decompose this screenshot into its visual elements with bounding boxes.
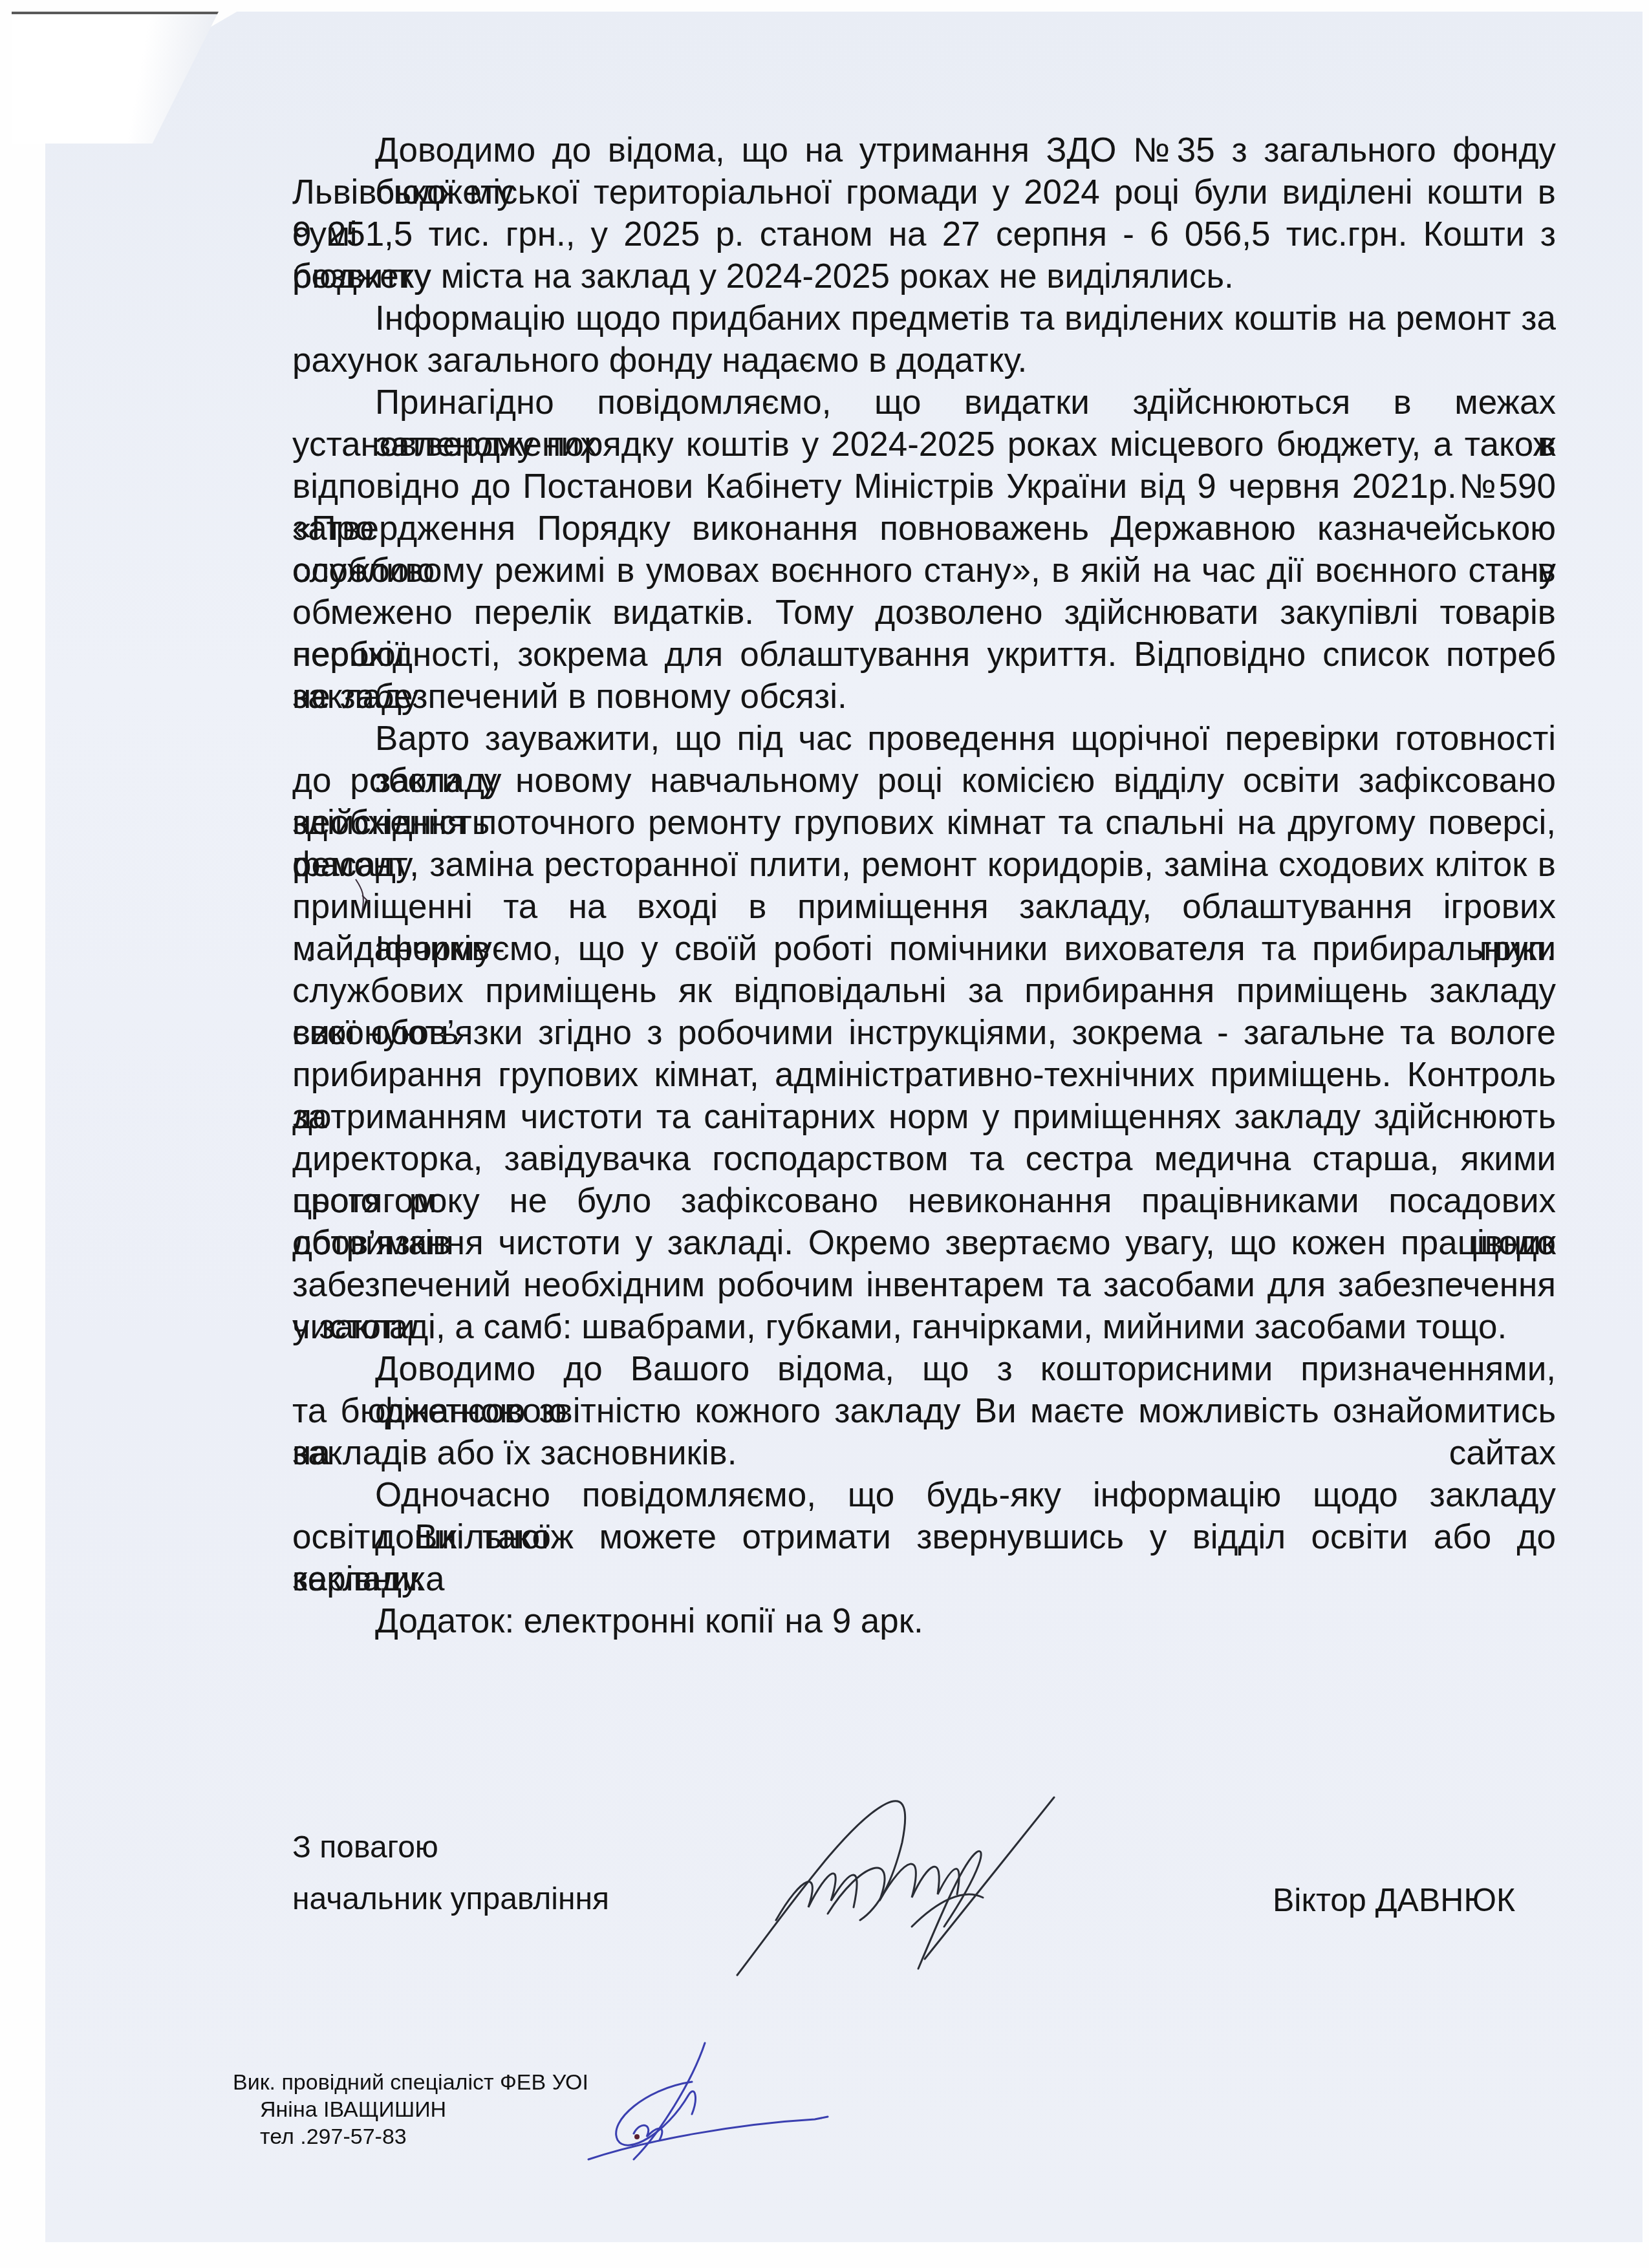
text-line: установленому порядку коштів у 2024-2025… bbox=[292, 423, 1556, 465]
signer-name: Віктор ДАВНЮК bbox=[1273, 1881, 1515, 1919]
paragraph-reporting: Доводимо до Вашого відома, що з кошторис… bbox=[292, 1348, 1556, 1474]
text-line: освіти Ви також можете отримати звернувш… bbox=[292, 1516, 1556, 1558]
executor-initials-icon bbox=[569, 2037, 841, 2172]
text-line: свої обов’язки згідно з робочими інструк… bbox=[292, 1012, 1556, 1054]
text-line: не забезпечений в повному обсязі. bbox=[292, 676, 1556, 718]
text-line: фасаду, заміна ресторанної плити, ремонт… bbox=[292, 844, 1556, 886]
paragraph-funding: Доводимо до відома, що на утримання ЗДО … bbox=[292, 129, 1556, 297]
paragraph-contact: Одночасно повідомляємо, що будь-яку інфо… bbox=[292, 1474, 1556, 1600]
text-line: приміщенні та на вході в приміщення закл… bbox=[292, 886, 1556, 928]
paragraph-expenses: Принагідно повідомляємо, що видатки здій… bbox=[292, 381, 1556, 718]
signer-position: начальник управління bbox=[292, 1881, 609, 1917]
paragraph-appendix-info: Інформацію щодо придбаних предметів та в… bbox=[292, 297, 1556, 381]
executor-phone: тел .297-57-83 bbox=[233, 2123, 588, 2150]
text-line: до роботи у новому навчальному році комі… bbox=[292, 760, 1556, 802]
text-line: Доводимо до відома, що на утримання ЗДО … bbox=[292, 129, 1556, 171]
text-line: директорка, завідувачка господарством та… bbox=[292, 1138, 1556, 1180]
paragraph-cleaning: Іформуємо, що у своїй роботі помічники в… bbox=[292, 928, 1556, 1348]
scanned-page: Доводимо до відома, що на утримання ЗДО … bbox=[0, 0, 1649, 2268]
text-line: забезпечений необхідним робочим інвентар… bbox=[292, 1264, 1556, 1306]
text-line: відповідно до Постанови Кабінету Міністр… bbox=[292, 465, 1556, 508]
text-line: службових приміщень як відповідальні за … bbox=[292, 970, 1556, 1012]
text-line: у закладі, а самб: швабрами, губками, га… bbox=[292, 1306, 1556, 1348]
text-line: обмежено перелік видатків. Тому дозволен… bbox=[292, 592, 1556, 634]
text-line: затвердження Порядку виконання повноваже… bbox=[292, 508, 1556, 550]
text-line: 9 251,5 тис. грн., у 2025 р. станом на 2… bbox=[292, 213, 1556, 255]
executor-title: Вик. провідний спеціаліст ФЕВ УОІ bbox=[233, 2069, 588, 2096]
text-line: закладу. bbox=[292, 1558, 1556, 1600]
paragraph-inspection: Варто зауважити, що під час проведення щ… bbox=[292, 718, 1556, 928]
executor-name: Яніна ІВАЩИШИН bbox=[233, 2096, 588, 2123]
text-line: та бюджетною звітністю кожного закладу В… bbox=[292, 1390, 1556, 1432]
ink-smudge-icon bbox=[349, 876, 388, 915]
text-line: дотримання чистоти у закладі. Окремо зве… bbox=[292, 1222, 1556, 1264]
text-line: рахунок загального фонду надаємо в додат… bbox=[292, 339, 1556, 381]
closing-regards: З повагою bbox=[292, 1830, 438, 1865]
text-line: необхідності, зокрема для облаштування у… bbox=[292, 634, 1556, 676]
text-line: здійснення поточного ремонту групових кі… bbox=[292, 802, 1556, 844]
text-line: Варто зауважити, що під час проведення щ… bbox=[292, 718, 1556, 760]
paragraph-attachment: Додаток: електронні копії на 9 арк. bbox=[292, 1600, 1556, 1642]
text-line: прибирання групових кімнат, адміністрати… bbox=[292, 1054, 1556, 1096]
text-line: особливому режимі в умовах воєнного стан… bbox=[292, 550, 1556, 592]
text-line: Інформацію щодо придбаних предметів та в… bbox=[292, 297, 1556, 339]
letter-body: Доводимо до відома, що на утримання ЗДО … bbox=[292, 129, 1556, 1642]
handwritten-signature-icon bbox=[731, 1713, 1054, 1985]
text-line: розвитку міста на заклад у 2024-2025 рок… bbox=[292, 255, 1556, 297]
text-line: Іформуємо, що у своїй роботі помічники в… bbox=[292, 928, 1556, 970]
text-line: Принагідно повідомляємо, що видатки здій… bbox=[292, 381, 1556, 423]
text-line: Одночасно повідомляємо, що будь-яку інфо… bbox=[292, 1474, 1556, 1516]
executor-info: Вик. провідний спеціаліст ФЕВ УОІ Яніна … bbox=[233, 2069, 588, 2150]
text-line: Доводимо до Вашого відома, що з кошторис… bbox=[292, 1348, 1556, 1390]
text-line: дотриманням чистоти та санітарних норм у… bbox=[292, 1096, 1556, 1138]
text-line: цього року не було зафіксовано невиконан… bbox=[292, 1180, 1556, 1222]
text-line: Львівської міської територіальної громад… bbox=[292, 171, 1556, 213]
attachment-note: Додаток: електронні копії на 9 арк. bbox=[292, 1600, 1556, 1642]
